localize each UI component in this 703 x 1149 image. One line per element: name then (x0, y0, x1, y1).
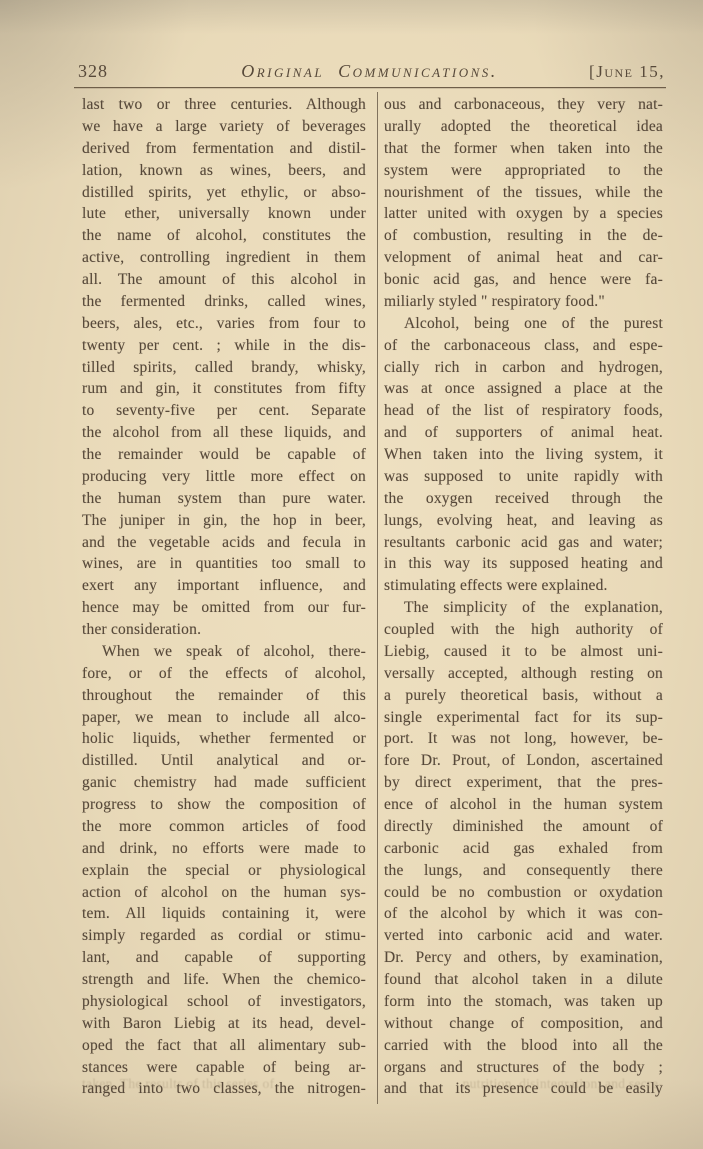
text-line: the human system than pure water. (82, 488, 366, 510)
text-line: the remainder would be capable of (82, 444, 366, 466)
text-line: cially rich in carbon and hydrogen, (384, 357, 663, 379)
text-line: without change of composition, and (384, 1013, 663, 1035)
page-header: 328 Original Communications. [June 15, (74, 48, 665, 82)
text-line: derived from fermentation and distil- (82, 138, 366, 160)
text-line: holic liquids, whether fermented or (82, 728, 366, 750)
right-text-column: ous and carbonaceous, they very nat-ural… (384, 94, 663, 1100)
left-text-column: last two or three centuries. Althoughwe … (82, 94, 366, 1100)
running-title: Original Communications. (74, 61, 665, 82)
text-line: and drink, no efforts were made to (82, 838, 366, 860)
text-line: to seventy-five per cent. Separate (82, 400, 366, 422)
text-line: with Baron Liebig at its head, devel- (82, 1013, 366, 1035)
text-line: Liebig, caused it to be almost uni- (384, 641, 663, 663)
text-line: twenty per cent. ; while in the dis- (82, 335, 366, 357)
text-line: tem. All liquids containing it, were (82, 903, 366, 925)
text-line: versally accepted, although resting on (384, 663, 663, 685)
text-line: bonic acid gas, and hence were fa- (384, 269, 663, 291)
text-line: lute ether, universally known under (82, 203, 366, 225)
text-line: physiological school of investigators, (82, 991, 366, 1013)
text-line: The simplicity of the explanation, (384, 597, 663, 619)
text-line: beers, ales, etc., varies from four to (82, 313, 366, 335)
text-line: throughout the remainder of this (82, 685, 366, 707)
text-line: that the former when taken into the (384, 138, 663, 160)
text-line: directly diminished the amount of (384, 816, 663, 838)
text-line: form into the stomach, was taken up (384, 991, 663, 1013)
column-divider (377, 92, 378, 1104)
text-line: Dr. Percy and others, by examination, (384, 947, 663, 969)
text-line: simply regarded as cordial or stimu- (82, 925, 366, 947)
text-line: the fermented drinks, called wines, (82, 291, 366, 313)
text-line: ence of alcohol in the human system (384, 794, 663, 816)
issue-date: [June 15, (589, 62, 665, 82)
text-line: we have a large variety of beverages (82, 116, 366, 138)
bleed-through-text: taken. The results of this series of nut… (82, 1076, 663, 1092)
text-line: of combustion, resulting in the de- (384, 225, 663, 247)
header-rule (74, 87, 666, 88)
text-line: the name of alcohol, constitutes the (82, 225, 366, 247)
text-line: and of supporters of animal heat. (384, 422, 663, 444)
text-line: by direct experiment, that the pres- (384, 772, 663, 794)
text-line: explain the special or physiological (82, 860, 366, 882)
text-line: The juniper in gin, the hop in beer, (82, 510, 366, 532)
text-line: lation, known as wines, beers, and (82, 160, 366, 182)
text-line: progress to show the composition of (82, 794, 366, 816)
text-line: tilled spirits, called brandy, whisky, (82, 357, 366, 379)
text-line: last two or three centuries. Although (82, 94, 366, 116)
text-line: wines, are in quantities too small to (82, 553, 366, 575)
text-line: the oxygen received through the (384, 488, 663, 510)
text-line: latter united with oxygen by a species (384, 203, 663, 225)
text-line: paper, we mean to include all alco- (82, 707, 366, 729)
text-line: the lungs, and consequently there (384, 860, 663, 882)
text-line: found that alcohol taken in a dilute (384, 969, 663, 991)
text-line: the alcohol from all these liquids, and (82, 422, 366, 444)
text-line: system were appropriated to the (384, 160, 663, 182)
text-line: active, controlling ingredient in them (82, 247, 366, 269)
text-line: could be no combustion or oxydation (384, 882, 663, 904)
text-line: action of alcohol on the human sys- (82, 882, 366, 904)
text-line: When taken into the living system, it (384, 444, 663, 466)
text-line: verted into carbonic acid and water. (384, 925, 663, 947)
text-line: exert any important influence, and (82, 575, 366, 597)
text-line: ther consideration. (82, 619, 366, 641)
text-line: was at once assigned a place at the (384, 378, 663, 400)
text-line: carried with the blood into all the (384, 1035, 663, 1057)
text-line: head of the list of respiratory foods, (384, 400, 663, 422)
text-line: When we speak of alcohol, there- (82, 641, 366, 663)
text-line: the more common articles of food (82, 816, 366, 838)
bleed-through-left: taken. The results of this series of (82, 1076, 274, 1092)
text-line: fore, or of the effects of alcohol, (82, 663, 366, 685)
text-line: carbonic acid gas exhaled from (384, 838, 663, 860)
text-line: fore Dr. Prout, of London, ascertained (384, 750, 663, 772)
text-line: a purely theoretical basis, without a (384, 685, 663, 707)
text-line: urally adopted the theoretical idea (384, 116, 663, 138)
text-line: oped the fact that all alimentary sub- (82, 1035, 366, 1057)
text-line: port. It was not long, however, be- (384, 728, 663, 750)
text-line: lungs, evolving heat, and leaving as (384, 510, 663, 532)
text-line: lant, and capable of supporting (82, 947, 366, 969)
text-line: all. The amount of this alcohol in (82, 269, 366, 291)
text-line: ous and carbonaceous, they very nat- (384, 94, 663, 116)
text-line: rum and gin, it constitutes from fifty (82, 378, 366, 400)
text-line: ganic chemistry had made sufficient (82, 772, 366, 794)
text-line: and the vegetable acids and fecula in (82, 532, 366, 554)
text-line: stimulating effects were explained. (384, 575, 663, 597)
scanned-journal-page: 328 Original Communications. [June 15, l… (0, 0, 703, 1149)
bleed-through-right: nutrition, disintegration, and secre- (463, 1076, 663, 1092)
text-line: coupled with the high authority of (384, 619, 663, 641)
text-line: distilled. Until analytical and or- (82, 750, 366, 772)
text-line: of the alcohol by which it was con- (384, 903, 663, 925)
text-line: distilled spirits, yet ethylic, or abso- (82, 182, 366, 204)
text-line: Alcohol, being one of the purest (384, 313, 663, 335)
text-line: single experimental fact for its sup- (384, 707, 663, 729)
text-line: velopment of animal heat and car- (384, 247, 663, 269)
text-line: strength and life. When the chemico- (82, 969, 366, 991)
text-line: producing very little more effect on (82, 466, 366, 488)
text-line: resultants carbonic acid gas and water; (384, 532, 663, 554)
text-line: of the carbonaceous class, and espe- (384, 335, 663, 357)
text-line: hence may be omitted from our fur- (82, 597, 366, 619)
text-line: in this way its supposed heating and (384, 553, 663, 575)
text-line: nourishment of the tissues, while the (384, 182, 663, 204)
text-line: miliarly styled " respiratory food." (384, 291, 663, 313)
text-line: was supposed to unite rapidly with (384, 466, 663, 488)
